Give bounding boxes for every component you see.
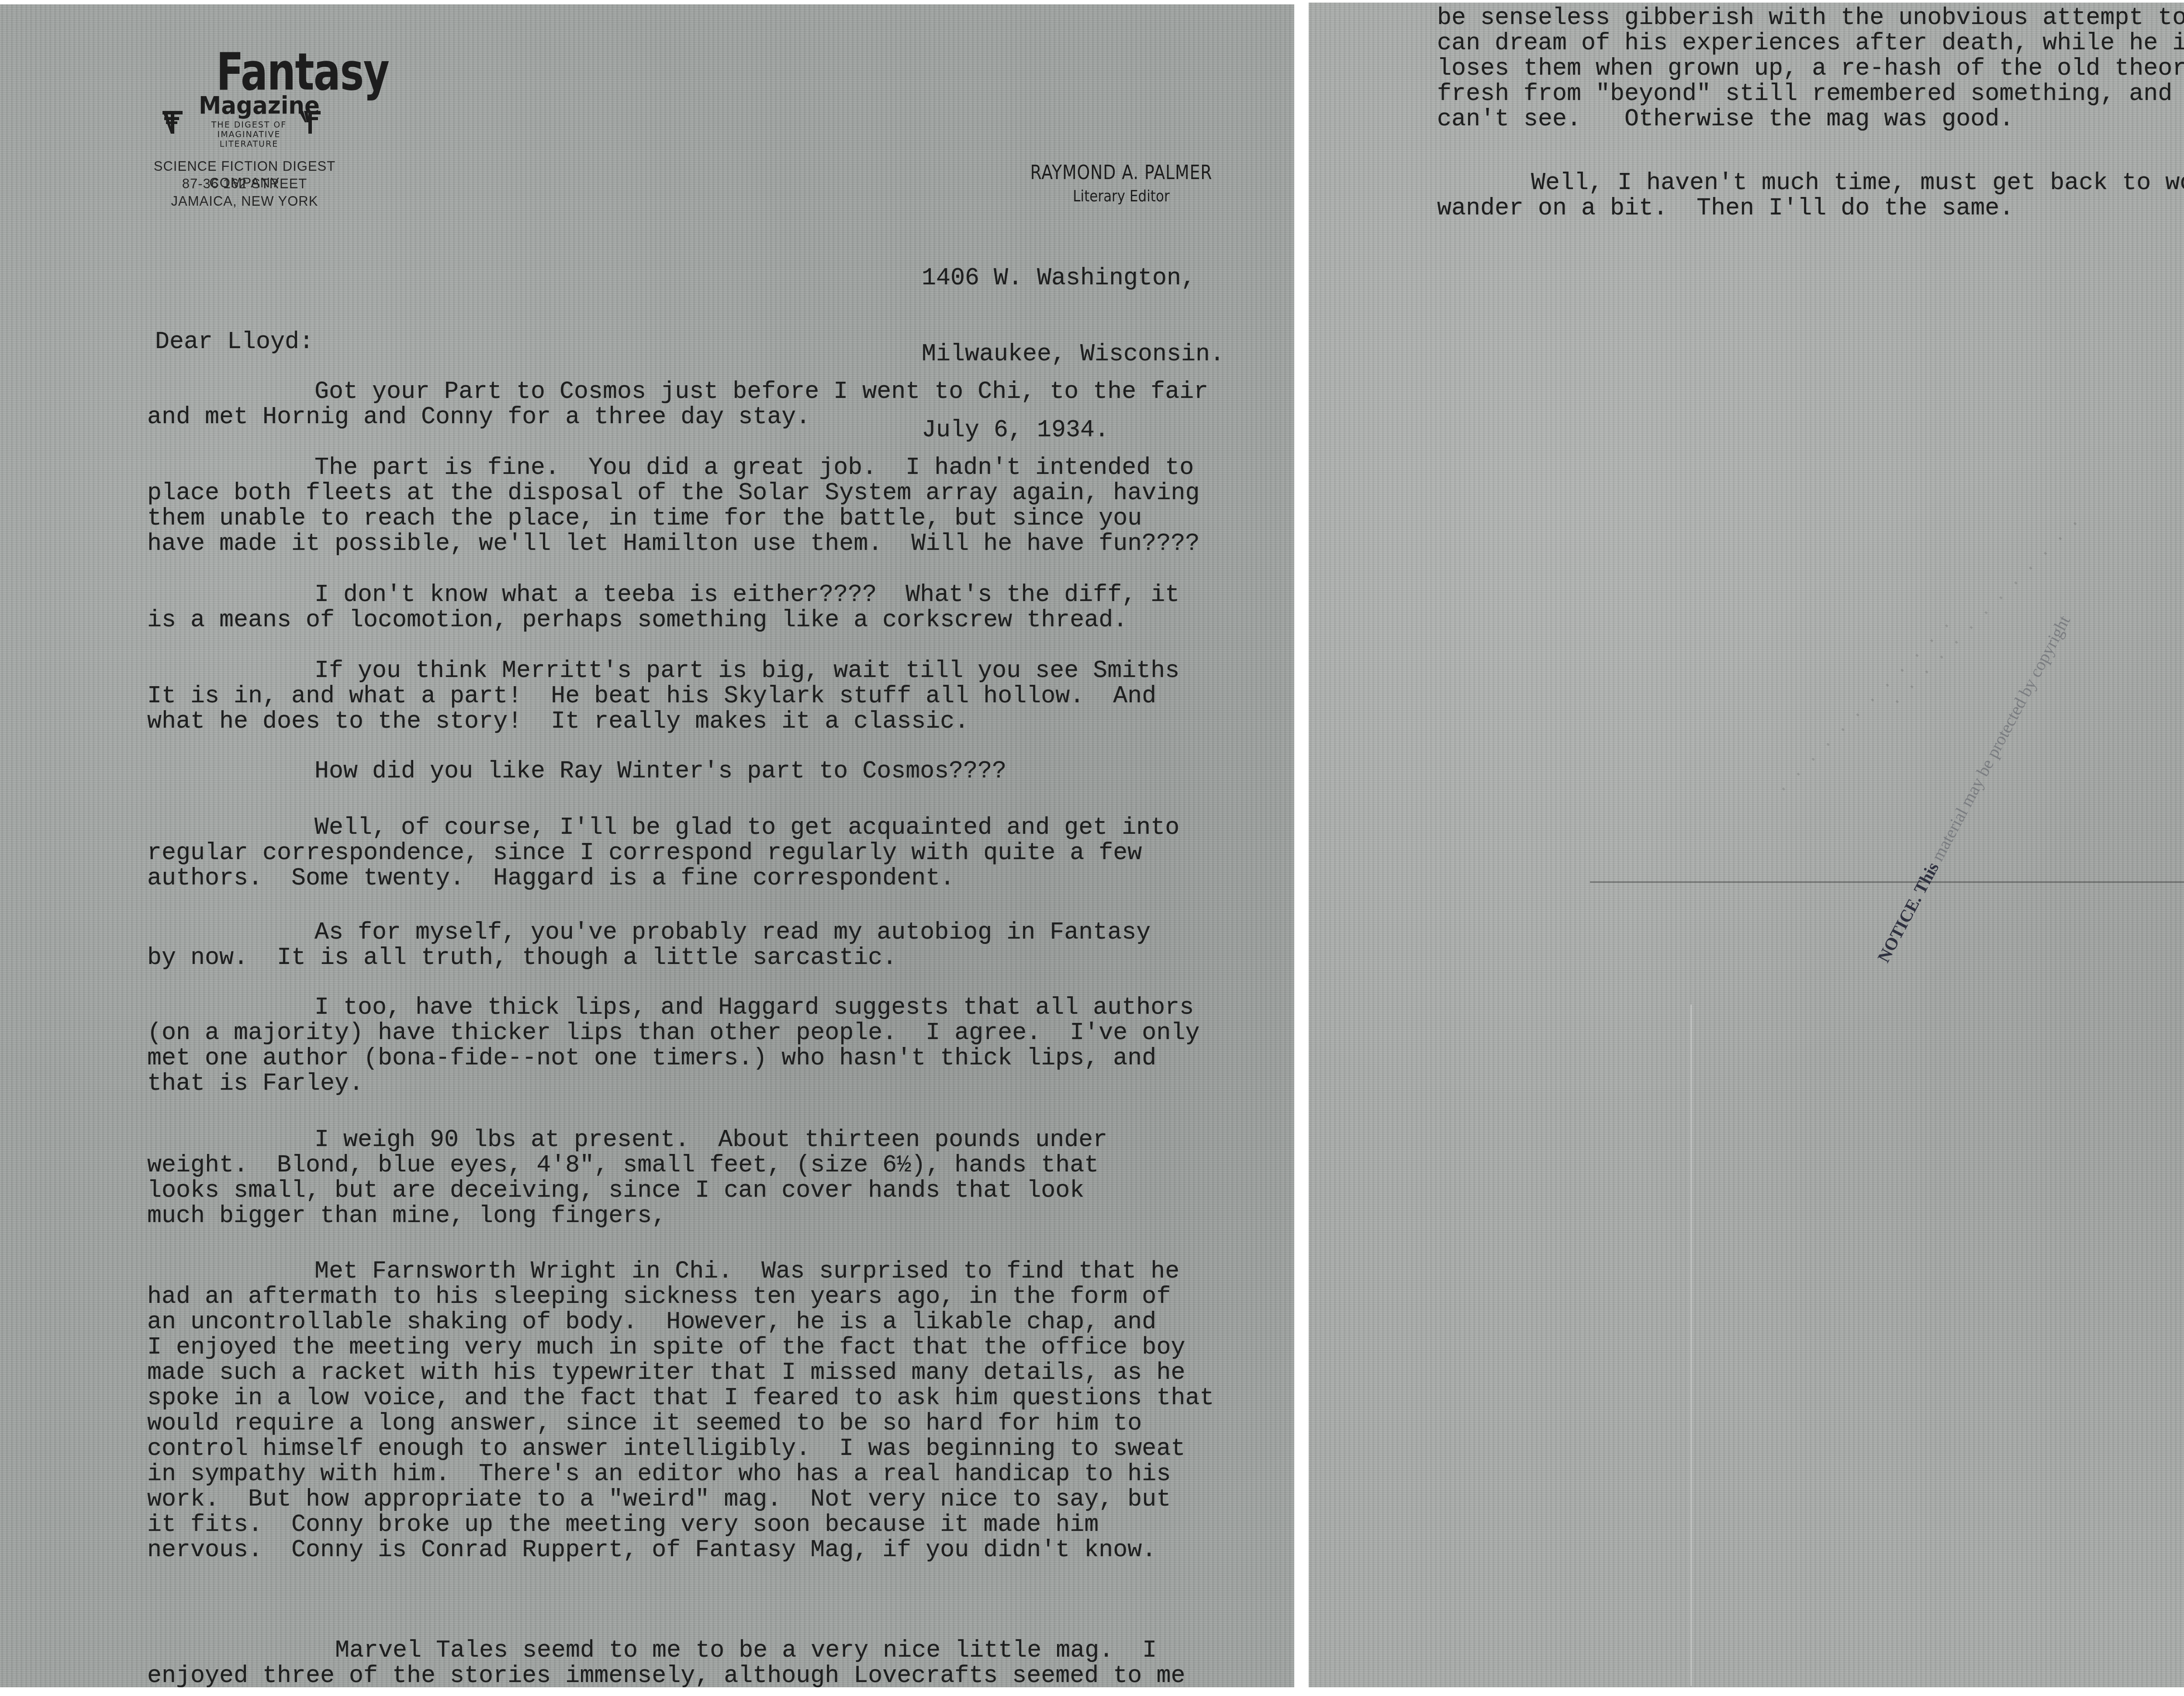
company-street: 87-36 162 STREET [131, 176, 358, 192]
text-line: can dream of his experiences after death… [1437, 31, 2184, 56]
editor-title: Literary Editor [1007, 188, 1236, 205]
paragraph: How did you like Ray Winter's part to Co… [147, 759, 1006, 784]
paragraph: The part is fine. You did a great job. I… [147, 455, 1199, 556]
text-line: wander on a bit. Then I'll do the same. [1437, 196, 2184, 221]
text-line: authors. Some twenty. Haggard is a fine … [147, 866, 1179, 891]
company-city: JAMAICA, NEW YORK [131, 193, 358, 210]
text-line: that is Farley. [147, 1071, 1199, 1096]
paragraph: I too, have thick lips, and Haggard sugg… [147, 995, 1199, 1096]
text-line: made such a racket with his typewriter t… [147, 1360, 1214, 1385]
fantasy-ff-logo-icon [161, 109, 184, 135]
text-line: Met Farnsworth Wright in Chi. Was surpri… [147, 1259, 1214, 1284]
text-line: Well, of course, I'll be glad to get acq… [147, 815, 1179, 840]
text-line: I too, have thick lips, and Haggard sugg… [147, 995, 1199, 1020]
text-line: How did you like Ray Winter's part to Co… [147, 759, 1006, 784]
tagline-line-2: imaginative literature [192, 130, 306, 149]
magazine-title: Fantasy [216, 45, 389, 98]
text-line: work. But how appropriate to a "weird" m… [147, 1487, 1214, 1512]
salutation: Dear Lloyd: [155, 329, 314, 355]
text-line: be senseless gibberish with the unobviou… [1437, 5, 2184, 31]
text-line: and met Hornig and Conny for a three day… [147, 404, 1208, 430]
magazine-tagline: the digest of imaginative literature [192, 120, 306, 149]
paragraph: I weigh 90 lbs at present. About thirtee… [147, 1127, 1107, 1229]
text-line: As for myself, you've probably read my a… [147, 920, 1151, 945]
text-line: It is in, and what a part! He beat his S… [147, 684, 1179, 709]
text-line: weight. Blond, blue eyes, 4'8", small fe… [147, 1153, 1107, 1178]
text-line: them unable to reach the place, in time … [147, 506, 1199, 531]
paragraph: Met Farnsworth Wright in Chi. Was surpri… [147, 1259, 1214, 1563]
text-line: by now. It is all truth, though a little… [147, 945, 1151, 971]
paragraph: be senseless gibberish with the unobviou… [1437, 5, 2184, 132]
text-line: If you think Merritt's part is big, wait… [147, 658, 1179, 684]
text-line: what he does to the story! It really mak… [147, 709, 1179, 734]
text-line: can't see. Otherwise the mag was good. [1437, 107, 2184, 132]
paragraph: Got your Part to Cosmos just before I we… [147, 379, 1208, 430]
text-line: (on a majority) have thicker lips than o… [147, 1020, 1199, 1046]
text-line: I weigh 90 lbs at present. About thirtee… [147, 1127, 1107, 1153]
text-line: it fits. Conny broke up the meeting very… [147, 1512, 1214, 1537]
text-line: have made it possible, we'll let Hamilto… [147, 531, 1199, 556]
text-line: an uncontrollable shaking of body. Howev… [147, 1309, 1214, 1335]
text-line: is a means of locomotion, perhaps someth… [147, 608, 1179, 633]
address-line: 1406 W. Washington, [922, 266, 1224, 291]
text-line: The part is fine. You did a great job. I… [147, 455, 1199, 480]
text-line: I enjoyed the meeting very much in spite… [147, 1335, 1214, 1360]
text-line: fresh from "beyond" still remembered som… [1437, 81, 2184, 107]
text-line: enjoyed three of the stories immensely, … [147, 1663, 1185, 1689]
text-line: met one author (bona-fide--not one timer… [147, 1046, 1199, 1071]
text-line: looks small, but are deceiving, since I … [147, 1178, 1107, 1203]
editor-name: RAYMOND A. PALMER [1007, 162, 1236, 183]
text-line: control himself enough to answer intelli… [147, 1436, 1214, 1461]
magazine-subtitle: Magazine [199, 93, 320, 119]
text-line: much bigger than mine, long fingers, [147, 1203, 1107, 1229]
text-line: Well, I haven't much time, must get back… [1437, 170, 2184, 196]
paragraph: Well, I haven't much time, must get back… [1437, 170, 2184, 221]
tagline-line-1: the digest of [192, 120, 306, 130]
letter-page-2 [1309, 3, 2184, 1687]
text-line: Got your Part to Cosmos just before I we… [147, 379, 1208, 404]
sender-address: 1406 W. Washington, Milwaukee, Wisconsin… [922, 215, 1224, 468]
fold-line-horizontal [1590, 881, 2184, 883]
text-line: Marvel Tales seemd to me to be a very ni… [147, 1638, 1185, 1663]
text-line: place both fleets at the disposal of the… [147, 480, 1199, 506]
text-line: regular correspondence, since I correspo… [147, 840, 1179, 866]
text-line: nervous. Conny is Conrad Ruppert, of Fan… [147, 1537, 1214, 1563]
text-line: would require a long answer, since it se… [147, 1411, 1214, 1436]
address-line: Milwaukee, Wisconsin. [922, 342, 1224, 367]
paragraph: If you think Merritt's part is big, wait… [147, 658, 1179, 734]
paragraph: Well, of course, I'll be glad to get acq… [147, 815, 1179, 891]
text-line: in sympathy with him. There's an editor … [147, 1461, 1214, 1487]
paper-crease [1690, 1005, 1692, 1686]
paragraph: Marvel Tales seemd to me to be a very ni… [147, 1638, 1185, 1689]
paragraph: As for myself, you've probably read my a… [147, 920, 1151, 971]
text-line: I don't know what a teeba is either???? … [147, 582, 1179, 608]
text-line: had an aftermath to his sleeping sicknes… [147, 1284, 1214, 1309]
paragraph: I don't know what a teeba is either???? … [147, 582, 1179, 633]
text-line: loses them when grown up, a re-hash of t… [1437, 56, 2184, 81]
text-line: spoke in a low voice, and the fact that … [147, 1385, 1214, 1411]
